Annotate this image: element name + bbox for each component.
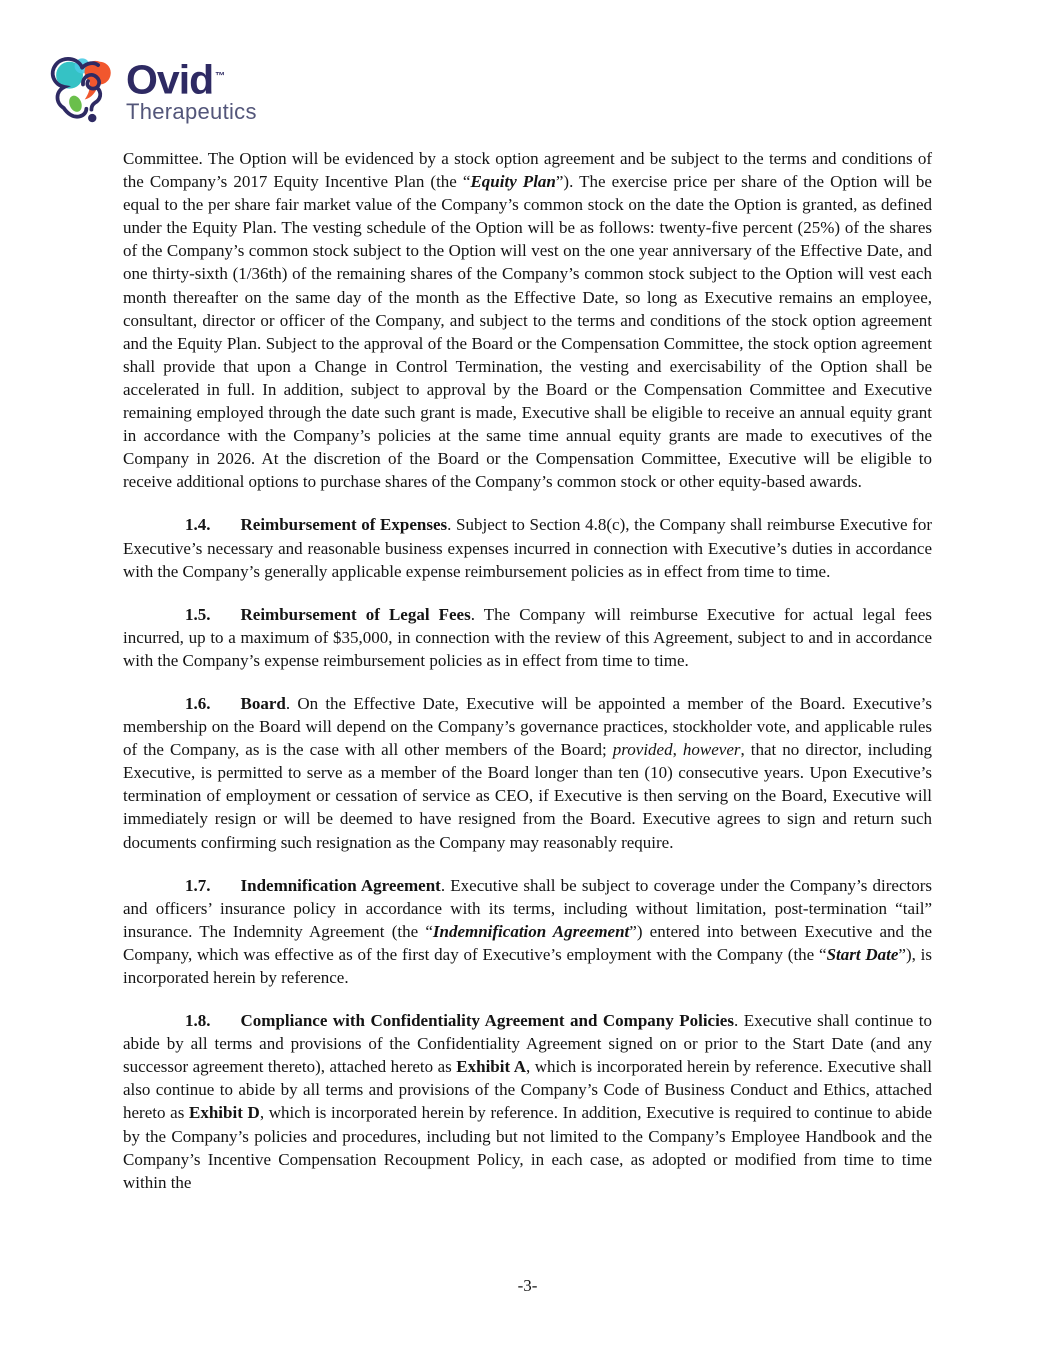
text-run: Start Date — [827, 945, 899, 964]
text-run: Indemnification Agreement — [433, 922, 629, 941]
page-number: -3- — [0, 1276, 1055, 1296]
text-run: 1.6. — [185, 694, 211, 713]
brand-name: Ovid — [126, 57, 213, 103]
text-run: Reimbursement of Expenses — [241, 515, 448, 534]
section-1-5: 1.5.Reimbursement of Legal Fees. The Com… — [123, 603, 932, 672]
document-body: Committee. The Option will be evidenced … — [123, 147, 932, 1194]
text-run: 1.4. — [185, 515, 211, 534]
text-run: 1.5. — [185, 605, 211, 624]
text-run: 1.8. — [185, 1011, 211, 1030]
text-run: Exhibit A — [456, 1057, 526, 1076]
text-run: Indemnification Agreement — [241, 876, 441, 895]
trademark-icon: ™ — [215, 71, 225, 82]
text-run: Reimbursement of Legal Fees — [241, 605, 471, 624]
company-logo: Ovid™ Therapeutics — [44, 50, 257, 134]
section-1-4: 1.4.Reimbursement of Expenses. Subject t… — [123, 513, 932, 582]
ovid-brain-logo-icon — [44, 50, 122, 134]
text-run: ”). The exercise price per share of the … — [123, 172, 932, 491]
brand-name-line: Ovid™ — [126, 58, 257, 99]
section-1-8: 1.8.Compliance with Confidentiality Agre… — [123, 1009, 932, 1194]
text-run: however — [683, 740, 741, 759]
text-run: Compliance with Confidentiality Agreemen… — [241, 1011, 734, 1030]
text-run: Equity Plan — [470, 172, 555, 191]
text-run: provided — [613, 740, 673, 759]
section-1-7: 1.7.Indemnification Agreement. Executive… — [123, 874, 932, 989]
logo-wordmark: Ovid™ Therapeutics — [126, 50, 257, 125]
section-1-6: 1.6.Board. On the Effective Date, Execut… — [123, 692, 932, 854]
text-run: , — [673, 740, 683, 759]
logo-question-dot — [88, 114, 96, 122]
text-run: Board — [241, 694, 286, 713]
logo-green-blob — [67, 94, 84, 114]
document-page: Ovid™ Therapeutics Committee. The Option… — [0, 0, 1055, 1365]
text-run: 1.7. — [185, 876, 211, 895]
brand-subtitle: Therapeutics — [126, 99, 257, 125]
paragraph-continuation: Committee. The Option will be evidenced … — [123, 147, 932, 493]
text-run: Exhibit D — [189, 1103, 260, 1122]
